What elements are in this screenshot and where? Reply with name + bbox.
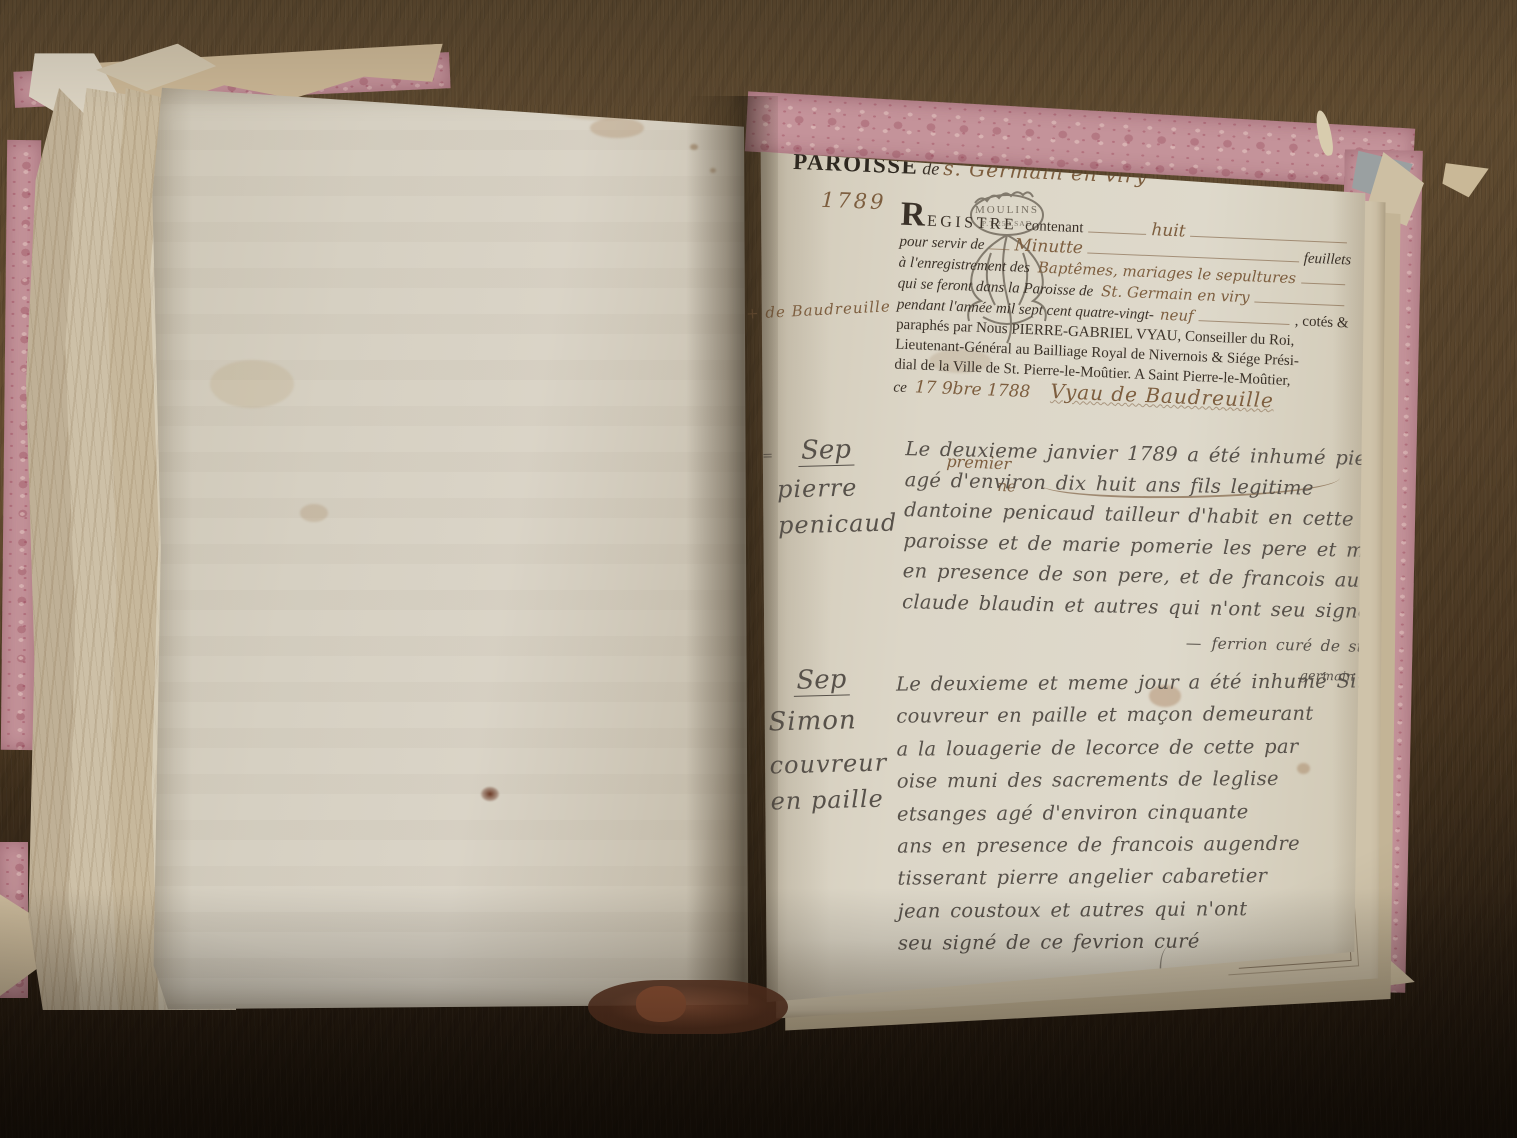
leather-spine-bottom bbox=[588, 980, 788, 1034]
entry-line: couvreur en paille et maçon demeurant bbox=[896, 698, 1364, 734]
right-register-page: PAROISSE de s. Germain en viry 1789 MOUL… bbox=[757, 143, 1369, 1009]
entry-2-margin: Sep Simon couvreur en paille bbox=[767, 663, 888, 815]
register-printed-block: R EGISTRE contenant huit pour servir de … bbox=[893, 200, 1353, 417]
ink-spot bbox=[480, 786, 500, 802]
entry-line: tisserant pierre angelier cabaretier bbox=[897, 860, 1365, 896]
entry-line: seu signé de ce fevrion curé bbox=[898, 925, 1366, 961]
entry-1-margin: = Sep pierre penicaud bbox=[776, 433, 898, 539]
entry-line: Le deuxieme et meme jour a été inhumé Si… bbox=[896, 665, 1364, 701]
leather-spine-chip bbox=[636, 986, 686, 1022]
entry-2-body: Le deuxieme et meme jour a été inhumé Si… bbox=[896, 665, 1366, 960]
blank-rule bbox=[1088, 230, 1146, 234]
margin-name: Simon bbox=[768, 704, 886, 737]
entry-1-body: Le deuxieme janvier 1789 a été inhumé pi… bbox=[900, 434, 1367, 692]
left-blank-page bbox=[150, 84, 750, 1012]
stain bbox=[300, 504, 328, 522]
blank-rule bbox=[1254, 300, 1344, 306]
handwritten-neuf: neuf bbox=[1160, 305, 1195, 326]
margin-sep: Sep bbox=[798, 435, 855, 467]
margin-occupation: couvreur bbox=[769, 748, 887, 779]
blank-rule bbox=[989, 247, 1009, 250]
page-curvature-shading bbox=[150, 84, 750, 1012]
handwritten-huit: huit bbox=[1151, 220, 1186, 241]
blank-rule bbox=[1301, 281, 1345, 285]
margin-name: pierre bbox=[777, 472, 897, 503]
book-gutter-shadow bbox=[686, 96, 778, 1012]
margin-sep: Sep bbox=[793, 664, 850, 696]
margin-name: penicaud bbox=[778, 508, 898, 539]
entry-line: jean coustoux et autres qui n'ont bbox=[898, 892, 1366, 928]
photo-of-parish-register: PAROISSE de s. Germain en viry 1789 MOUL… bbox=[0, 0, 1517, 1138]
drop-cap-R: R bbox=[900, 200, 926, 231]
entry-line: etsanges agé d'environ cinquante bbox=[897, 795, 1365, 831]
entry-line: ans en presence de francois augendre bbox=[897, 827, 1365, 863]
entry-line: a la louagerie de lecorce de cette par bbox=[896, 730, 1364, 766]
stain bbox=[590, 118, 644, 138]
handwritten-date: 17 9bre 1788 bbox=[914, 377, 1030, 402]
year-note: 1789 bbox=[821, 188, 887, 214]
stain bbox=[210, 360, 294, 408]
handwritten-minutte: Minutte bbox=[1014, 235, 1083, 258]
margin-occupation-2: en paille bbox=[770, 784, 888, 815]
blank-rule bbox=[1190, 235, 1347, 244]
blank-rule bbox=[1198, 319, 1289, 325]
entry-line: oise muni des sacrements de leglise bbox=[897, 763, 1365, 799]
